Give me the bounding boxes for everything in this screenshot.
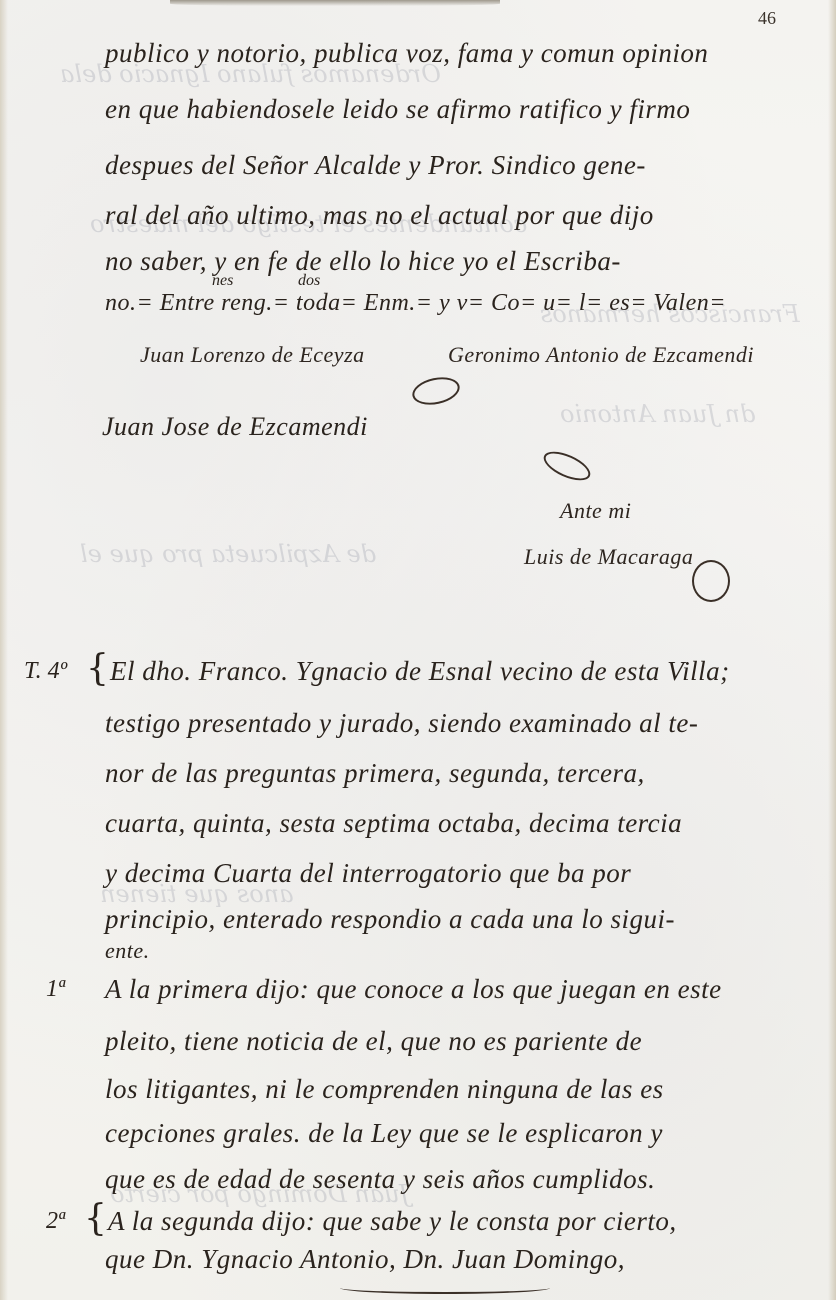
text-line: testigo presentado y jurado, siendo exam… (105, 708, 698, 739)
page-left-edge (0, 0, 8, 1300)
interlinear-annotation: dos (298, 272, 320, 290)
text-line: que es de edad de sesenta y seis años cu… (105, 1164, 655, 1195)
rubric-flourish (540, 446, 595, 486)
text-line: en que habiendosele leido se afirmo rati… (105, 94, 690, 125)
bleed-through-text: dn Juan Antonio (560, 400, 755, 428)
text-line: no saber, y en fe de ello lo hice yo el … (105, 246, 621, 277)
manuscript-page: Ordenamos fulano Ignacio dela contundent… (0, 0, 836, 1300)
brace-mark: { (84, 1198, 107, 1239)
text-line: pleito, tiene noticia de el, que no es p… (105, 1026, 642, 1057)
text-line: principio, enterado respondio a cada una… (105, 904, 675, 935)
signature: Juan Jose de Ezcamendi (102, 412, 368, 442)
rubric-flourish (692, 560, 730, 602)
page-right-edge (828, 0, 836, 1300)
text-line: ral del año ultimo, mas no el actual por… (105, 200, 654, 231)
text-line: publico y notorio, publica voz, fama y c… (105, 38, 708, 69)
text-line: no.= Entre reng.= toda= Enm.= y v= Co= u… (105, 290, 726, 317)
bleed-through-text: de Azpilcueta pro que el (80, 540, 376, 568)
text-line: los litigantes, ni le comprenden ninguna… (105, 1074, 664, 1105)
text-line: ente. (105, 938, 150, 964)
signature: Juan Lorenzo de Eceyza (140, 342, 365, 368)
brace-mark: { (86, 648, 109, 689)
text-line: despues del Señor Alcalde y Pror. Sindic… (105, 150, 646, 181)
underline-flourish (340, 1282, 550, 1294)
text-line: y decima Cuarta del interrogatorio que b… (105, 858, 631, 889)
margin-label-witness: T. 4º (24, 658, 67, 685)
text-line: cuarta, quinta, sesta septima octaba, de… (105, 808, 682, 839)
text-line: El dho. Franco. Ygnacio de Esnal vecino … (110, 656, 730, 687)
notary-signature: Luis de Macaraga (524, 544, 693, 570)
signature: Geronimo Antonio de Ezcamendi (448, 342, 754, 368)
text-line: que Dn. Ygnacio Antonio, Dn. Juan Doming… (105, 1244, 625, 1275)
text-line: A la segunda dijo: que sabe y le consta … (108, 1206, 677, 1237)
interlinear-annotation: nes (212, 272, 233, 290)
text-line: nor de las preguntas primera, segunda, t… (105, 758, 645, 789)
ante-mi-label: Ante mi (560, 498, 631, 524)
rubric-flourish (410, 373, 462, 408)
text-line: A la primera dijo: que conoce a los que … (105, 974, 722, 1005)
margin-label-answer-1: 1ª (46, 976, 65, 1003)
binding-shadow (170, 0, 500, 6)
margin-label-answer-2: 2ª (46, 1208, 65, 1235)
text-line: cepciones grales. de la Ley que se le es… (105, 1118, 663, 1149)
folio-number: 46 (758, 8, 776, 29)
